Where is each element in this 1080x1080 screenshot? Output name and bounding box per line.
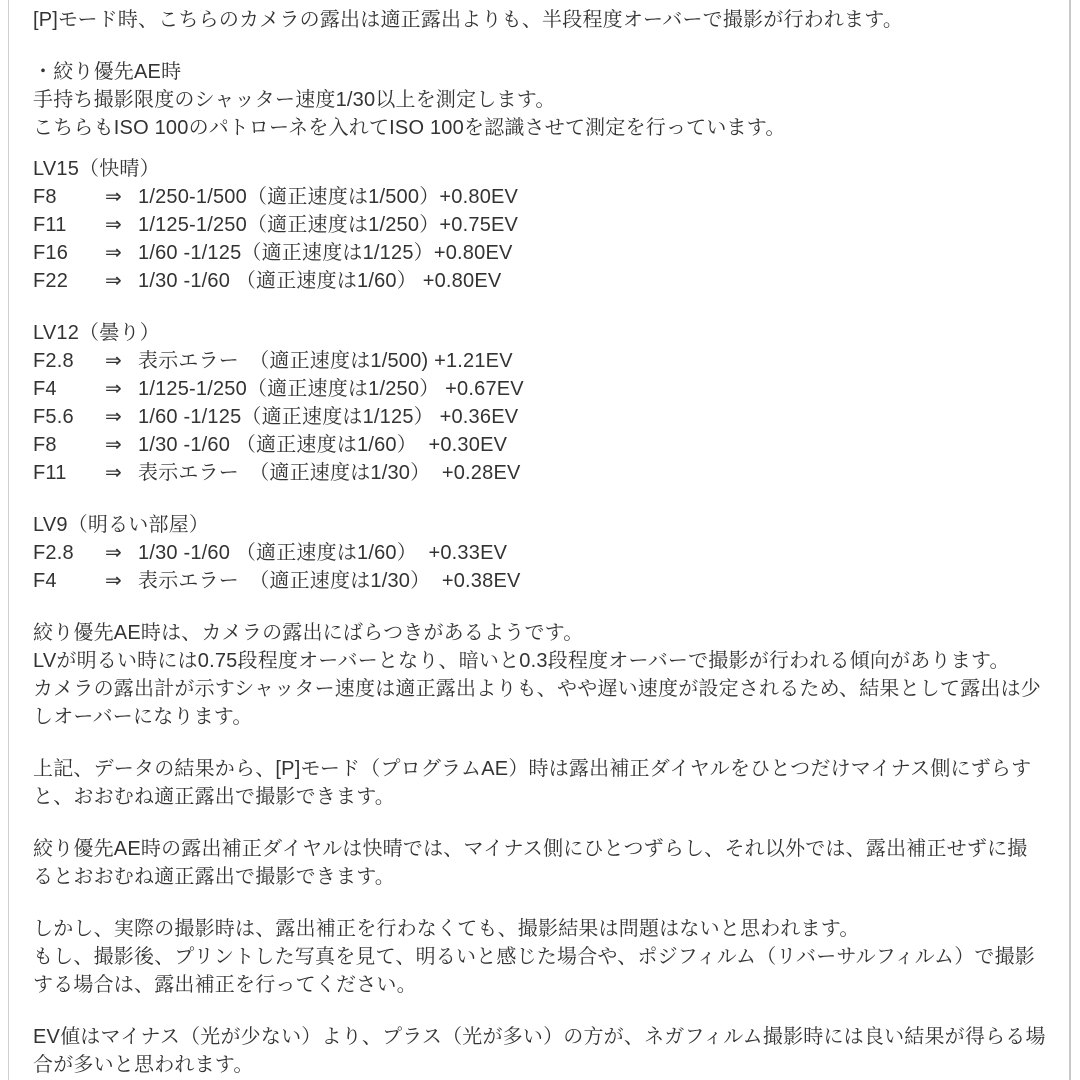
- summary-paragraph: 絞り優先AE時は、カメラの露出にばらつきがあるようです。 LVが明るい時には0.…: [33, 619, 1047, 731]
- table-title: LV9（明るい部屋）: [33, 511, 1047, 539]
- lv12-table: LV12（曇り） F2.8 ⇒ 表示エラー （適正速度は1/500) +1.21…: [33, 319, 1047, 487]
- table-row: F5.6 ⇒ 1/60 -1/125（適正速度は1/125） +0.36EV: [33, 403, 1047, 431]
- double-arrow-icon: ⇒: [105, 347, 138, 375]
- paragraph-line: 上記、データの結果から、[P]モード（プログラムAE）時は露出補正ダイヤルをひと…: [33, 755, 1047, 811]
- paragraph-line: しかし、実際の撮影時は、露出補正を行わなくても、撮影結果は問題はないと思われます…: [33, 915, 1047, 943]
- aperture-cell: F8: [33, 431, 105, 459]
- aperture-cell: F5.6: [33, 403, 105, 431]
- paragraph-line: 手持ち撮影限度のシャッター速度1/30以上を測定します。: [33, 86, 1047, 114]
- document-page: [P]モード時、こちらのカメラの露出は適正露出よりも、半段程度オーバーで撮影が行…: [8, 0, 1071, 1080]
- double-arrow-icon: ⇒: [105, 403, 138, 431]
- av-advice-paragraph: 絞り優先AE時の露出補正ダイヤルは快晴では、マイナス側にひとつずらし、それ以外で…: [33, 835, 1047, 891]
- result-cell: 1/125-1/250（適正速度は1/250） +0.67EV: [138, 375, 524, 403]
- result-cell: 1/30 -1/60 （適正速度は1/60） +0.33EV: [138, 539, 507, 567]
- table-row: F2.8 ⇒ 表示エラー （適正速度は1/500) +1.21EV: [33, 347, 1047, 375]
- practical-paragraph: しかし、実際の撮影時は、露出補正を行わなくても、撮影結果は問題はないと思われます…: [33, 915, 1047, 999]
- double-arrow-icon: ⇒: [105, 539, 138, 567]
- aperture-cell: F8: [33, 183, 105, 211]
- double-arrow-icon: ⇒: [105, 183, 138, 211]
- table-title: LV12（曇り）: [33, 319, 1047, 347]
- result-cell: 表示エラー （適正速度は1/30） +0.38EV: [138, 567, 521, 595]
- table-row: F2.8 ⇒ 1/30 -1/60 （適正速度は1/60） +0.33EV: [33, 539, 1047, 567]
- table-row: F16 ⇒ 1/60 -1/125（適正速度は1/125）+0.80EV: [33, 239, 1047, 267]
- result-cell: 1/60 -1/125（適正速度は1/125） +0.36EV: [138, 403, 518, 431]
- result-cell: 表示エラー （適正速度は1/30） +0.28EV: [138, 459, 521, 487]
- paragraph-line: [P]モード時、こちらのカメラの露出は適正露出よりも、半段程度オーバーで撮影が行…: [33, 6, 1047, 34]
- table-row: F8 ⇒ 1/250-1/500（適正速度は1/500）+0.80EV: [33, 183, 1047, 211]
- aperture-priority-section: ・絞り優先AE時 手持ち撮影限度のシャッター速度1/30以上を測定します。 こち…: [33, 58, 1047, 142]
- intro-paragraph: [P]モード時、こちらのカメラの露出は適正露出よりも、半段程度オーバーで撮影が行…: [33, 6, 1047, 34]
- table-row: F4 ⇒ 表示エラー （適正速度は1/30） +0.38EV: [33, 567, 1047, 595]
- aperture-cell: F22: [33, 267, 105, 295]
- paragraph-line: 絞り優先AE時は、カメラの露出にばらつきがあるようです。: [33, 619, 1047, 647]
- aperture-cell: F4: [33, 567, 105, 595]
- double-arrow-icon: ⇒: [105, 431, 138, 459]
- aperture-cell: F11: [33, 459, 105, 487]
- p-mode-advice-paragraph: 上記、データの結果から、[P]モード（プログラムAE）時は露出補正ダイヤルをひと…: [33, 755, 1047, 811]
- double-arrow-icon: ⇒: [105, 211, 138, 239]
- paragraph-line: もし、撮影後、プリントした写真を見て、明るいと感じた場合や、ポジフィルム（リバー…: [33, 943, 1047, 999]
- result-cell: 1/60 -1/125（適正速度は1/125）+0.80EV: [138, 239, 513, 267]
- result-cell: 表示エラー （適正速度は1/500) +1.21EV: [138, 347, 513, 375]
- paragraph-line: LVが明るい時には0.75段程度オーバーとなり、暗いと0.3段程度オーバーで撮影…: [33, 647, 1047, 675]
- table-row: F4 ⇒ 1/125-1/250（適正速度は1/250） +0.67EV: [33, 375, 1047, 403]
- lv9-table: LV9（明るい部屋） F2.8 ⇒ 1/30 -1/60 （適正速度は1/60）…: [33, 511, 1047, 595]
- result-cell: 1/30 -1/60 （適正速度は1/60） +0.80EV: [138, 267, 501, 295]
- lv15-table: LV15（快晴） F8 ⇒ 1/250-1/500（適正速度は1/500）+0.…: [33, 155, 1047, 295]
- aperture-cell: F11: [33, 211, 105, 239]
- double-arrow-icon: ⇒: [105, 239, 138, 267]
- double-arrow-icon: ⇒: [105, 567, 138, 595]
- aperture-cell: F2.8: [33, 347, 105, 375]
- result-cell: 1/30 -1/60 （適正速度は1/60） +0.30EV: [138, 431, 507, 459]
- table-title: LV15（快晴）: [33, 155, 1047, 183]
- double-arrow-icon: ⇒: [105, 375, 138, 403]
- table-row: F11 ⇒ 表示エラー （適正速度は1/30） +0.28EV: [33, 459, 1047, 487]
- section-heading: ・絞り優先AE時: [33, 58, 1047, 86]
- table-row: F22 ⇒ 1/30 -1/60 （適正速度は1/60） +0.80EV: [33, 267, 1047, 295]
- aperture-cell: F2.8: [33, 539, 105, 567]
- result-cell: 1/250-1/500（適正速度は1/500）+0.80EV: [138, 183, 518, 211]
- double-arrow-icon: ⇒: [105, 267, 138, 295]
- paragraph-line: 絞り優先AE時の露出補正ダイヤルは快晴では、マイナス側にひとつずらし、それ以外で…: [33, 835, 1047, 891]
- table-row: F8 ⇒ 1/30 -1/60 （適正速度は1/60） +0.30EV: [33, 431, 1047, 459]
- result-cell: 1/125-1/250（適正速度は1/250）+0.75EV: [138, 211, 518, 239]
- table-row: F11 ⇒ 1/125-1/250（適正速度は1/250）+0.75EV: [33, 211, 1047, 239]
- paragraph-line: カメラの露出計が示すシャッター速度は適正露出よりも、やや遅い速度が設定されるため…: [33, 675, 1047, 731]
- ev-note-paragraph: EV値はマイナス（光が少ない）より、プラス（光が多い）の方が、ネガフィルム撮影時…: [33, 1023, 1047, 1079]
- paragraph-line: こちらもISO 100のパトローネを入れてISO 100を認識させて測定を行って…: [33, 114, 1047, 142]
- aperture-cell: F16: [33, 239, 105, 267]
- double-arrow-icon: ⇒: [105, 459, 138, 487]
- paragraph-line: EV値はマイナス（光が少ない）より、プラス（光が多い）の方が、ネガフィルム撮影時…: [33, 1023, 1047, 1079]
- aperture-cell: F4: [33, 375, 105, 403]
